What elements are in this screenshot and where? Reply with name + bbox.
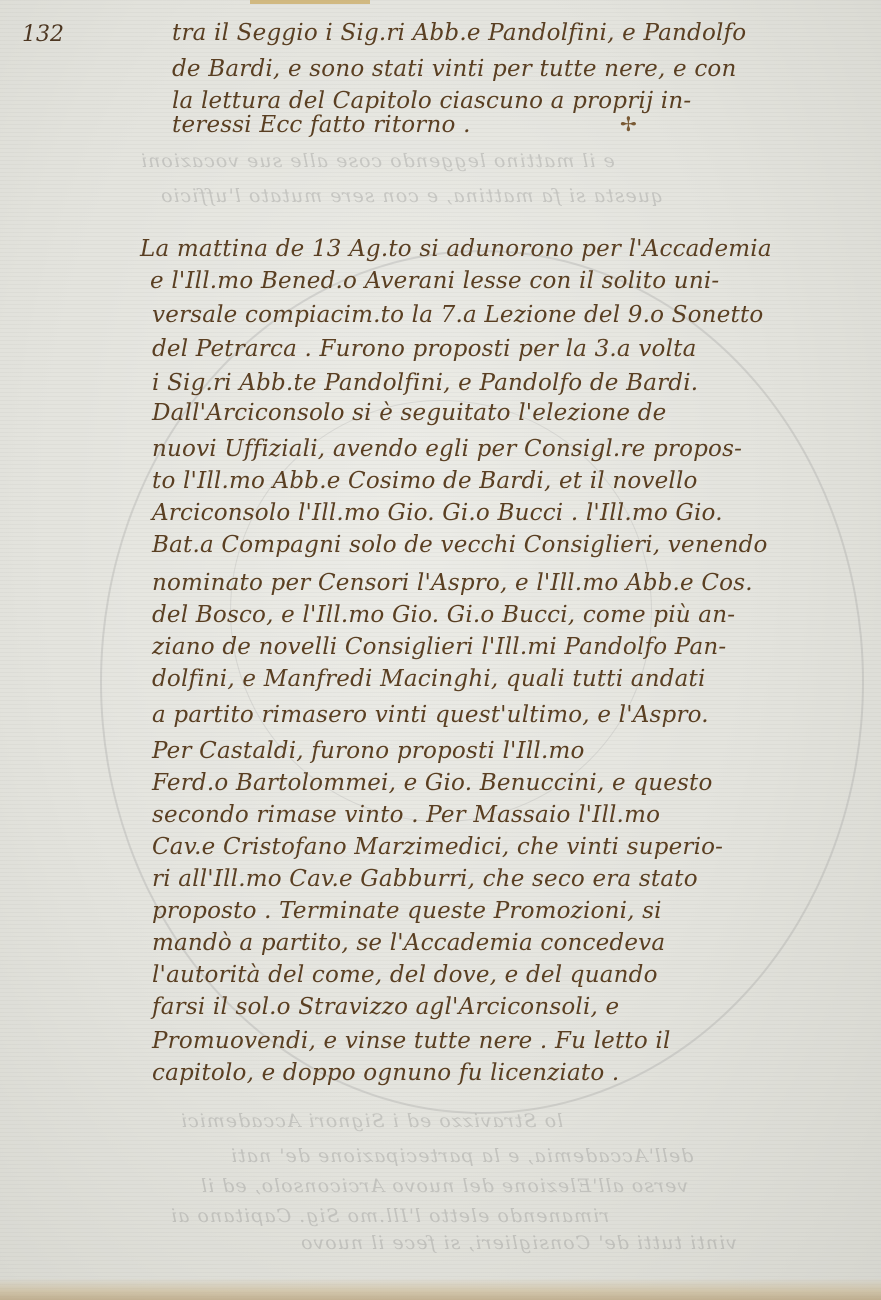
bleed-through-line: dell'Accademia, e la partecipazione de' … [230, 1145, 693, 1167]
text-line: proposto . Terminate queste Promozioni, … [152, 898, 662, 924]
text-line: secondo rimase vinto . Per Massaio l'Ill… [152, 802, 660, 828]
manuscript-page: e il mattino leggendo cose alle sue voca… [0, 0, 881, 1300]
text-line: e l'Ill.mo Bened.o Averani lesse con il … [150, 268, 719, 294]
folio-number: 132 [22, 22, 64, 47]
bleed-through-line: questa si fa mattina, e con sere mutato … [160, 185, 663, 207]
text-line: ziano de novelli Consiglieri l'Ill.mi Pa… [152, 634, 726, 660]
text-line: a partito rimasero vinti quest'ultimo, e… [152, 702, 709, 728]
text-line: Dall'Arciconsolo si è seguitato l'elezio… [152, 400, 666, 426]
page-top-edge-stain [250, 0, 370, 4]
text-line: dolfini, e Manfredi Macinghi, quali tutt… [152, 666, 706, 692]
text-line: l'autorità del come, del dove, e del qua… [152, 962, 658, 988]
text-line: versale compiacim.to la 7.a Lezione del … [152, 302, 763, 328]
text-line: del Petrarca . Furono proposti per la 3.… [152, 336, 697, 362]
text-line: La mattina de 13 Ag.to si adunorono per … [140, 236, 772, 262]
bleed-through-line: lo Stravizzo ed i Signori Accademici [180, 1110, 563, 1132]
bleed-through-line: rimanendo eletto l'Ill.mo Sig. Capitano … [170, 1205, 609, 1227]
text-line: to l'Ill.mo Abb.e Cosimo de Bardi, et il… [152, 468, 698, 494]
bleed-through-line: e il mattino leggendo cose alle sue voca… [140, 150, 615, 172]
text-line: de Bardi, e sono stati vinti per tutte n… [172, 56, 736, 82]
text-line: Ferd.o Bartolommei, e Gio. Benuccini, e … [152, 770, 713, 796]
text-line: nuovi Uffiziali, avendo egli per Consigl… [152, 436, 742, 462]
text-line: Arciconsolo l'Ill.mo Gio. Gi.o Bucci . l… [152, 500, 723, 526]
cross-mark-icon: ✢ [620, 112, 637, 136]
text-line: la lettura del Capitolo ciascuno a propr… [172, 88, 691, 114]
text-line: Cav.e Cristofano Marzimedici, che vinti … [152, 834, 723, 860]
text-line: del Bosco, e l'Ill.mo Gio. Gi.o Bucci, c… [152, 602, 735, 628]
text-line: teressi Ecc fatto ritorno . [172, 112, 471, 138]
text-line: ri all'Ill.mo Cav.e Gabburri, che seco e… [152, 866, 698, 892]
text-line: Promuovendi, e vinse tutte nere . Fu let… [152, 1028, 671, 1054]
page-bottom-edge-stain [0, 1278, 881, 1300]
text-line: Bat.a Compagni solo de vecchi Consiglier… [152, 532, 768, 558]
text-line: mandò a partito, se l'Accademia concedev… [152, 930, 665, 956]
bleed-through-line: vinti tutti de' Consiglieri, si fece il … [300, 1232, 737, 1254]
text-line: nominato per Censori l'Aspro, e l'Ill.mo… [152, 570, 753, 596]
text-line: i Sig.ri Abb.te Pandolfini, e Pandolfo d… [152, 370, 698, 396]
text-line: tra il Seggio i Sig.ri Abb.e Pandolfini,… [172, 20, 746, 46]
bleed-through-line: verso all'Elezione del nuovo Arciconsolo… [200, 1175, 688, 1197]
text-line: farsi il sol.o Stravizzo agl'Arciconsoli… [152, 994, 619, 1020]
text-line: Per Castaldi, furono proposti l'Ill.mo [152, 738, 585, 764]
text-line: capitolo, e doppo ognuno fu licenziato . [152, 1060, 619, 1086]
